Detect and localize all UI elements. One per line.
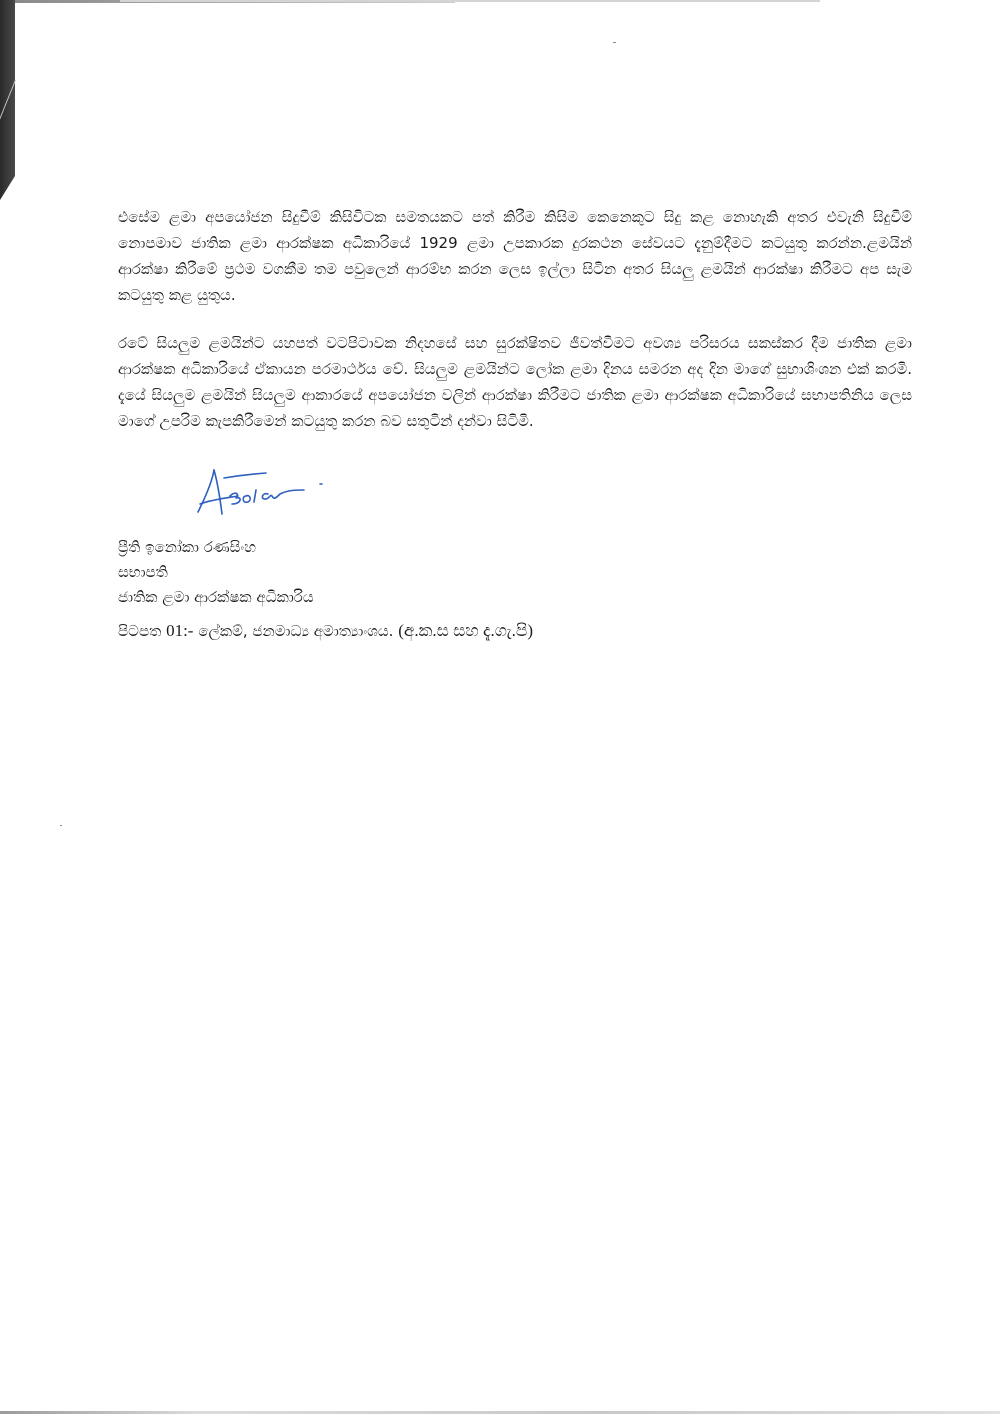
scan-shadow-top-light <box>120 0 820 2</box>
signatory-organization: ජාතික ළමා ආරක්ෂක අධිකාරිය <box>118 585 314 610</box>
paragraph-childrens-day-message: රටේ සියලුම ළමයින්ට යහපත් වටපිටාවක නිදහසේ… <box>118 330 912 434</box>
signatory-block: ප්‍රීති ඉනෝකා රණසිංහ සභාපති ජාතික ළමා ආර… <box>118 535 314 610</box>
copy-recipient: ලේකම්, ජනමාධ්‍ය අමාත්‍යාංශය. <box>198 622 393 640</box>
scan-speck <box>60 825 62 826</box>
signatory-title: සභාපති <box>118 560 314 585</box>
copy-note: (අ.ක.ස සහ දැ.ගැ.පි) <box>398 621 533 640</box>
paragraph-child-abuse-reporting: එසේම ළමා අපයෝජන සිදුවීම් කිසිවිටක සමතයකට… <box>118 204 912 308</box>
handwritten-signature <box>196 466 396 522</box>
scan-speck <box>613 42 616 43</box>
copy-label: පිටපත <box>118 622 161 640</box>
copy-to-line: පිටපත 01:- ලේකම්, ජනමාධ්‍ය අමාත්‍යාංශය. … <box>118 618 533 644</box>
letter-body: එසේම ළමා අපයෝජන සිදුවීම් කිසිවිටක සමතයකට… <box>118 204 912 434</box>
copy-number: 01:- <box>166 621 193 640</box>
signatory-name: ප්‍රීති ඉනෝකා රණසිංහ <box>118 535 314 560</box>
signature-ink-icon <box>196 466 396 522</box>
